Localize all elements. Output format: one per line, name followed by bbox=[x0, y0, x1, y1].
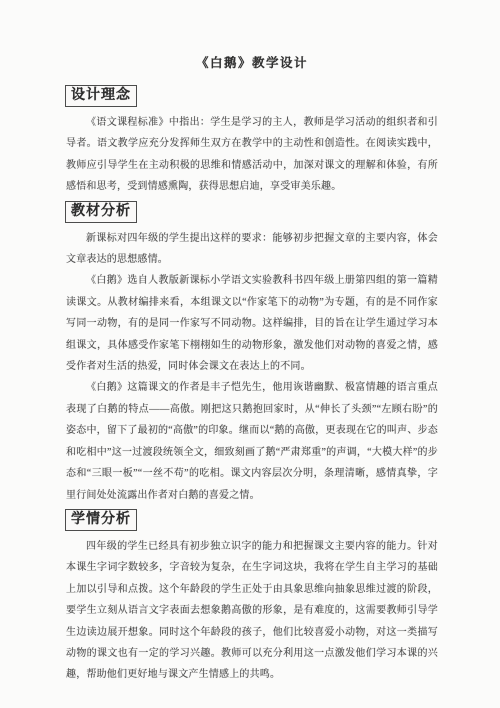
document-page: 《白鹅》教学设计 设计理念 《语文课程标准》中指出：学生是学习的主人，教师是学习… bbox=[0, 0, 500, 708]
section-heading-row: 教材分析 bbox=[65, 201, 438, 223]
paragraph: 《语文课程标准》中指出：学生是学习的主人，教师是学习活动的组织者和引导者。语文教… bbox=[66, 112, 438, 198]
section-heading-box: 设计理念 bbox=[65, 85, 137, 107]
document-title: 《白鹅》教学设计 bbox=[66, 55, 438, 72]
section-learner-analysis: 学情分析 四年级的学生已经具有初步独立识字的能力和把握课文主要内容的能力。针对本… bbox=[66, 509, 438, 686]
paragraph: 新课标对四年级的学生提出这样的要求：能够初步把握文章的主要内容，体会文章表达的思… bbox=[66, 228, 438, 271]
section-heading-box: 学情分析 bbox=[65, 509, 137, 531]
paragraph: 《白鹅》这篇课文的作者是丰子恺先生，他用诙谐幽默、极富情趣的语言重点表现了白鹅的… bbox=[66, 377, 438, 505]
section-heading-box: 教材分析 bbox=[65, 201, 137, 223]
section-design-philosophy: 设计理念 《语文课程标准》中指出：学生是学习的主人，教师是学习活动的组织者和引导… bbox=[66, 85, 438, 198]
paragraph: 《白鹅》选自人教版新课标小学语文实验教科书四年级上册第四组的第一篇精读课文。从教… bbox=[66, 270, 438, 377]
section-textbook-analysis: 教材分析 新课标对四年级的学生提出这样的要求：能够初步把握文章的主要内容，体会文… bbox=[66, 201, 438, 506]
section-heading-row: 学情分析 bbox=[65, 509, 438, 531]
paragraph: 四年级的学生已经具有初步独立识字的能力和把握课文主要内容的能力。针对本课生字词字… bbox=[66, 536, 438, 686]
section-heading-row: 设计理念 bbox=[65, 85, 438, 107]
